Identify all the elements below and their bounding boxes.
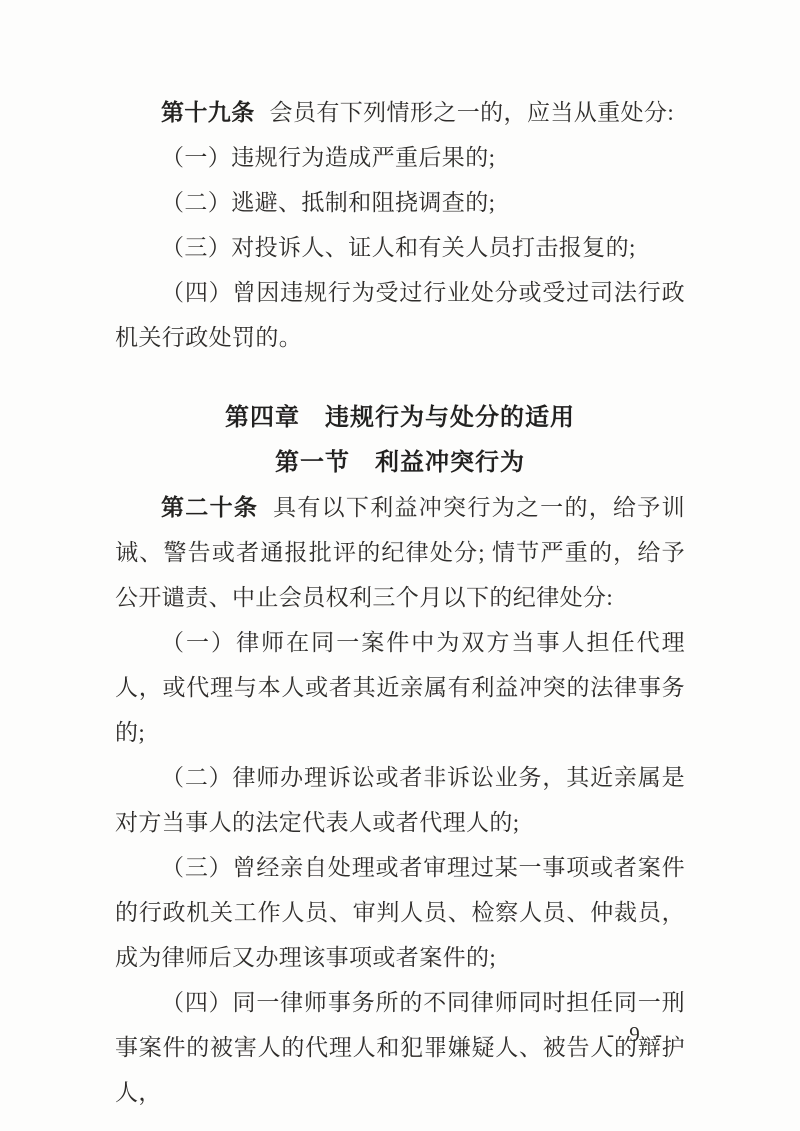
document-page: 第十九条会员有下列情形之一的，应当从重处分: （一）违规行为造成严重后果的; （… [0, 0, 800, 1131]
article-20-item-1: （一）律师在同一案件中为双方当事人担任代理人，或代理与本人或者其近亲属有利益冲突… [115, 620, 685, 755]
article-19-number: 第十九条 [161, 100, 255, 125]
article-19-intro-text: 会员有下列情形之一的，应当从重处分: [270, 100, 675, 125]
article-19-intro: 第十九条会员有下列情形之一的，应当从重处分: [115, 90, 685, 135]
article-19-item-3: （三）对投诉人、证人和有关人员打击报复的; [115, 225, 685, 270]
document-body: 第十九条会员有下列情形之一的，应当从重处分: （一）违规行为造成严重后果的; （… [115, 90, 685, 1115]
article-19-item-4: （四）曾因违规行为受过行业处分或受过司法行政机关行政处罚的。 [115, 270, 685, 360]
article-20-item-4: （四）同一律师事务所的不同律师同时担任同一刑事案件的被害人的代理人和犯罪嫌疑人、… [115, 980, 685, 1115]
article-20-intro: 第二十条具有以下利益冲突行为之一的，给予训诫、警告或者通报批评的纪律处分; 情节… [115, 485, 685, 620]
section-heading: 第一节 利益冲突行为 [115, 440, 685, 485]
article-20-item-3: （三）曾经亲自处理或者审理过某一事项或者案件的行政机关工作人员、审判人员、检察人… [115, 845, 685, 980]
article-20-item-2: （二）律师办理诉讼或者非诉讼业务，其近亲属是对方当事人的法定代表人或者代理人的; [115, 755, 685, 845]
chapter-heading: 第四章 违规行为与处分的适用 [115, 395, 685, 440]
article-19-item-1: （一）违规行为造成严重后果的; [115, 135, 685, 180]
article-19-item-2: （二）逃避、抵制和阻挠调查的; [115, 180, 685, 225]
page-number: - 9 - [0, 1022, 800, 1047]
article-20-number: 第二十条 [161, 495, 258, 520]
